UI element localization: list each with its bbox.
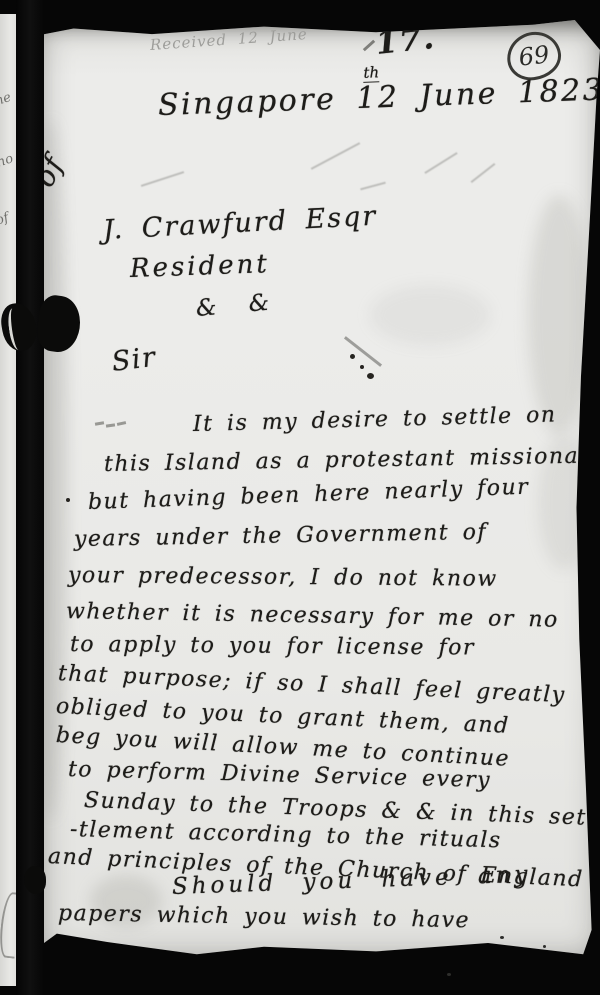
- dateline-place: Singapore: [157, 82, 337, 123]
- ink-smudge: [344, 336, 382, 367]
- pencil-scribble: [141, 171, 184, 187]
- letter-body-line: whether it is necessary for me or no: [66, 599, 559, 633]
- margin-text-fragment: lho: [0, 151, 15, 172]
- letter-body-line: It is my desire to settle on: [193, 402, 557, 437]
- letter-body-line: to apply to you for license for: [70, 632, 475, 661]
- margin-text-fragment: of: [0, 210, 11, 228]
- pencil-scribble: [360, 182, 386, 191]
- paper-stain: [528, 195, 590, 435]
- docket-number: 17.: [374, 20, 437, 62]
- pencil-scribble: [424, 152, 457, 174]
- pen-tick-mark: [363, 40, 375, 52]
- recipient-title: Resident: [129, 249, 270, 284]
- margin-text-fragment: ne: [0, 90, 13, 109]
- ink-dot: [350, 354, 355, 359]
- letter-body-line: but having been here nearly four: [88, 475, 530, 515]
- etcetera-marks: & &: [195, 290, 272, 322]
- dateline: Singapore th12 June 1823: [157, 72, 600, 123]
- recipient-name: J. Crawfurd Esqr: [102, 201, 378, 246]
- scanned-letter-page: ne lho of Received 12 June 17. 69 Singap…: [0, 0, 600, 995]
- dateline-ordinal: th: [363, 63, 379, 83]
- ink-dot: [360, 365, 364, 369]
- dust-speckle: [447, 973, 451, 976]
- binding-blob: [24, 866, 46, 894]
- letter-body-line: your predecessor, I do not know: [68, 563, 498, 592]
- pencil-scribble: [471, 163, 496, 183]
- ink-dot: [367, 373, 374, 379]
- dust-speckle: [543, 945, 546, 948]
- ink-smudge: [95, 421, 104, 426]
- ink-smudge: [106, 423, 115, 427]
- letter-page: Received 12 June 17. 69 Singapore th12 J…: [40, 20, 600, 958]
- binding-gutter: [16, 0, 44, 995]
- letter-body-line: years under the Government of: [74, 520, 487, 552]
- dateline-day: th12: [356, 80, 400, 116]
- salutation: Sir: [110, 342, 158, 378]
- pencil-scribble: [311, 142, 361, 170]
- received-note: Received 12 June: [149, 25, 308, 54]
- dust-speckle: [500, 936, 504, 939]
- paper-stain: [370, 285, 490, 345]
- pen-stroke: [393, 14, 412, 28]
- dateline-month-year: June 1823: [419, 72, 600, 113]
- ink-smudge: [117, 421, 126, 426]
- ink-dot: [66, 498, 70, 502]
- folio-number: 69: [517, 40, 551, 72]
- letter-body-line: this Island as a protestant missionary: [104, 443, 600, 477]
- letter-body-line: papers which you wish to have: [58, 901, 470, 933]
